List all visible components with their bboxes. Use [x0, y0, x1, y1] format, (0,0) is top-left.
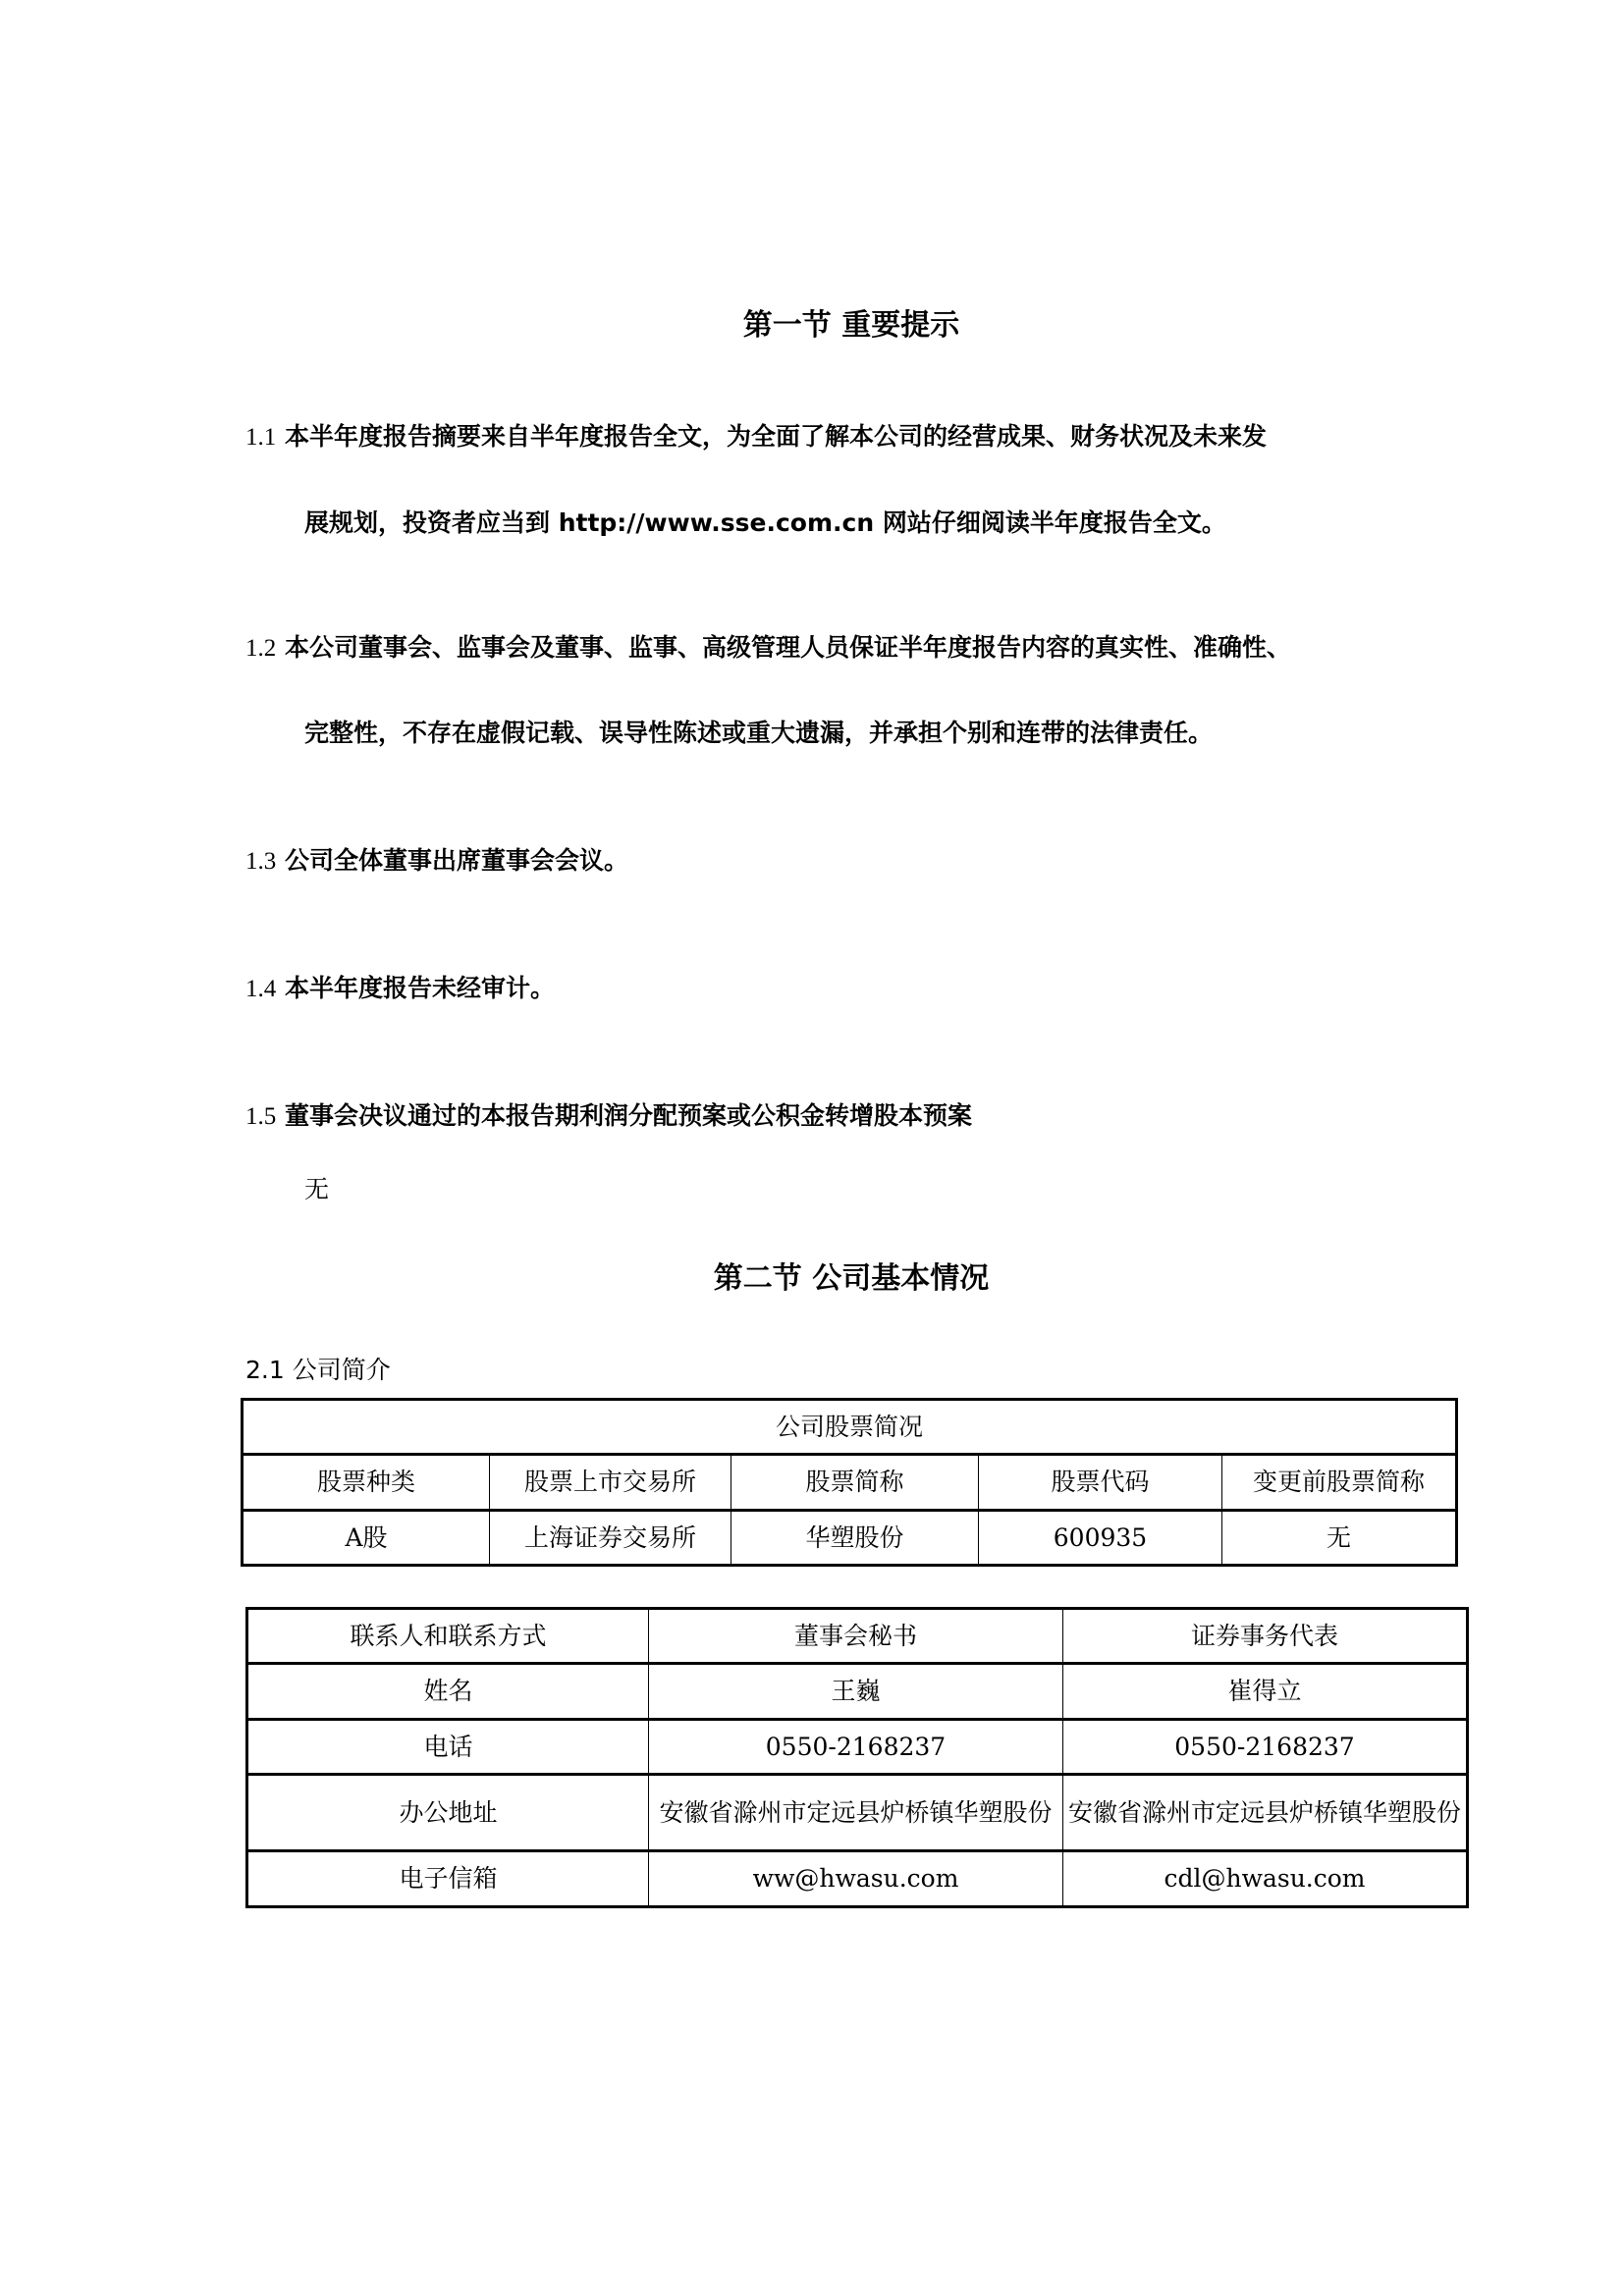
cell-stock-name: 华塑股份 [731, 1511, 979, 1566]
item-1-1-cont: 展规划，投资者应当到 http://www.sse.com.cn 网站仔细阅读半… [304, 504, 1226, 539]
stock-table-caption: 公司股票简况 [243, 1400, 1457, 1455]
row-label: 电子信箱 [247, 1851, 649, 1907]
section2-title: 第二节 公司基本情况 [0, 1254, 1624, 1297]
item-1-3: 1.3 公司全体董事出席董事会会议。 [245, 841, 628, 877]
item-1-5-answer: 无 [304, 1170, 329, 1205]
stock-table: 公司股票简况 股票种类 股票上市交易所 股票简称 股票代码 变更前股票简称 A股… [241, 1398, 1458, 1567]
row-label: 电话 [247, 1720, 649, 1775]
item-text: 本半年度报告未经审计。 [285, 974, 555, 1002]
cell-value: 0550-2168237 [649, 1720, 1063, 1775]
header-cell: 股票代码 [979, 1455, 1222, 1511]
row-label: 姓名 [247, 1664, 649, 1720]
subsection-2-1-title: 2.1 公司简介 [245, 1351, 391, 1386]
header-cell: 股票种类 [243, 1455, 490, 1511]
item-number: 1.5 [245, 1103, 276, 1130]
contact-table: 联系人和联系方式 董事会秘书 证券事务代表 姓名 王巍 崔得立 电话 0550-… [245, 1607, 1469, 1908]
header-cell: 变更前股票简称 [1222, 1455, 1457, 1511]
header-cell: 股票简称 [731, 1455, 979, 1511]
table-row: 电话 0550-2168237 0550-2168237 [247, 1720, 1468, 1775]
item-number: 1.4 [245, 976, 276, 1002]
item-number: 1.2 [245, 635, 276, 662]
table-row: 电子信箱 ww@hwasu.com cdl@hwasu.com [247, 1851, 1468, 1907]
row-label: 办公地址 [247, 1775, 649, 1851]
cell-value: 安徽省滁州市定远县炉桥镇华塑股份 [1063, 1775, 1468, 1851]
item-text: 本公司董事会、监事会及董事、监事、高级管理人员保证半年度报告内容的真实性、准确性… [285, 633, 1291, 662]
cell-email: ww@hwasu.com [649, 1851, 1063, 1907]
cell-previous-name: 无 [1222, 1511, 1457, 1566]
cell-value: 王巍 [649, 1664, 1063, 1720]
header-cell: 联系人和联系方式 [247, 1609, 649, 1664]
cell-email: cdl@hwasu.com [1063, 1851, 1468, 1907]
item-1-5: 1.5 董事会决议通过的本报告期利润分配预案或公积金转增股本预案 [245, 1096, 972, 1132]
item-text: 本半年度报告摘要来自半年度报告全文，为全面了解本公司的经营成果、财务状况及未来发 [285, 422, 1267, 451]
header-cell: 证券事务代表 [1063, 1609, 1468, 1664]
cell-exchange: 上海证券交易所 [490, 1511, 731, 1566]
item-text: 公司全体董事出席董事会会议。 [285, 846, 628, 875]
item-1-1: 1.1 本半年度报告摘要来自半年度报告全文，为全面了解本公司的经营成果、财务状况… [245, 417, 1267, 453]
section1-title: 第一节 重要提示 [0, 300, 1624, 344]
item-text: 董事会决议通过的本报告期利润分配预案或公积金转增股本预案 [285, 1101, 972, 1130]
cell-value: 安徽省滁州市定远县炉桥镇华塑股份 [649, 1775, 1063, 1851]
table-row: 姓名 王巍 崔得立 [247, 1664, 1468, 1720]
table-row: A股 上海证券交易所 华塑股份 600935 无 [243, 1511, 1457, 1566]
item-1-2: 1.2 本公司董事会、监事会及董事、监事、高级管理人员保证半年度报告内容的真实性… [245, 628, 1291, 664]
item-number: 1.1 [245, 424, 276, 451]
table-row: 办公地址 安徽省滁州市定远县炉桥镇华塑股份 安徽省滁州市定远县炉桥镇华塑股份 [247, 1775, 1468, 1851]
item-number: 1.3 [245, 848, 276, 875]
cell-value: 0550-2168237 [1063, 1720, 1468, 1775]
header-cell: 股票上市交易所 [490, 1455, 731, 1511]
cell-stock-type: A股 [243, 1511, 490, 1566]
item-1-2-cont: 完整性，不存在虚假记载、误导性陈述或重大遗漏，并承担个别和连带的法律责任。 [304, 714, 1213, 749]
cell-value: 崔得立 [1063, 1664, 1468, 1720]
header-cell: 董事会秘书 [649, 1609, 1063, 1664]
cell-stock-code: 600935 [979, 1511, 1222, 1566]
item-1-4: 1.4 本半年度报告未经审计。 [245, 969, 555, 1004]
